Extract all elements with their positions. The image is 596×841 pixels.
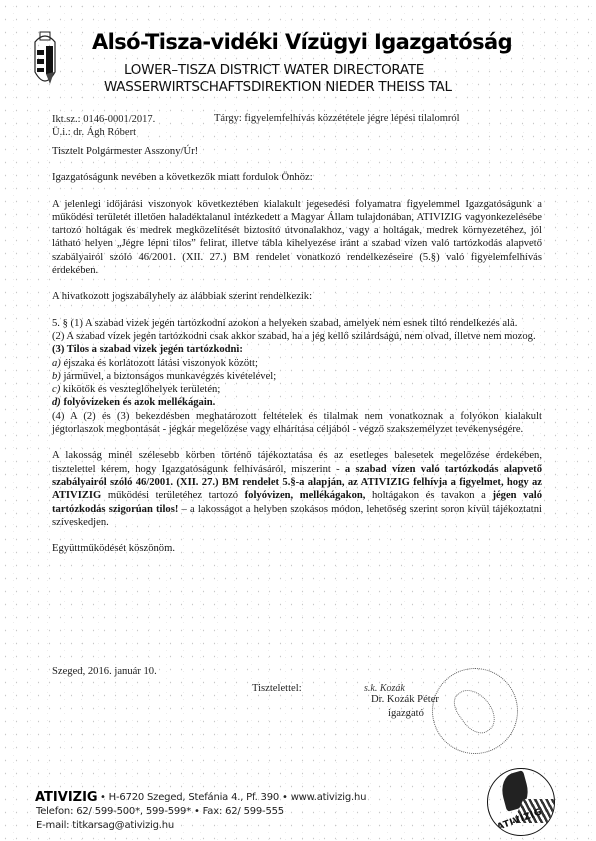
official-stamp-icon	[432, 668, 518, 754]
reference-handler: Ü.i.: dr. Ágh Róbert	[52, 126, 155, 139]
salutation: Tisztelt Polgármester Asszony/Úr!	[52, 145, 542, 158]
law-section-4: (4) A (2) és (3) bekezdésben meghatározo…	[52, 410, 542, 437]
law-item-c: c) kikötők és veszteglőhelyek területén;	[52, 383, 542, 396]
law-item-d: d) folyóvizeken és azok mellékágain.	[52, 396, 542, 409]
signer-name: Dr. Kozák Péter	[371, 694, 439, 705]
letterhead: Alsó-Tisza-vidéki Vízügyi Igazgatóság LO…	[0, 0, 596, 105]
place-date: Szeged, 2016. január 10.	[52, 666, 157, 677]
footer-address: • H-6720 Szeged, Stefánia 4., Pf. 390 • …	[100, 792, 366, 803]
organization-subtitle-english: LOWER–TISZA DISTRICT WATER DIRECTORATE	[124, 62, 424, 78]
paragraph-3: A lakosság minél szélesebb körben történ…	[52, 449, 542, 529]
footer-email: E-mail: titkarsag@ativizig.hu	[36, 820, 174, 831]
subject-line: Tárgy: figyelemfelhívás közzététele jégr…	[214, 113, 460, 124]
law-item-b: b) járművel, a biztonságos munkavégzés k…	[52, 370, 542, 383]
reference-block: Ikt.sz.: 0146-0001/2017. Ü.i.: dr. Ágh R…	[52, 113, 155, 139]
law-item-a: a) éjszaka és korlátozott látási viszony…	[52, 357, 542, 370]
paragraph-1: A jelenlegi időjárási viszonyok következ…	[52, 198, 542, 278]
hungarian-coat-of-arms-icon	[32, 28, 58, 90]
law-section-3-heading: (3) Tilos a szabad vizek jegén tartózkod…	[52, 343, 542, 356]
organization-subtitle-german: WASSERWIRTSCHAFTSDIREKTION NIEDER THEISS…	[104, 79, 452, 95]
footer-organization: ATIVIZIG	[35, 790, 98, 805]
footer-phone: Telefon: 62/ 599-500*, 599-599* • Fax: 6…	[36, 806, 284, 817]
paragraph-2: A hivatkozott jogszabályhely az alábbiak…	[52, 290, 542, 303]
regards: Tisztelettel:	[252, 683, 302, 694]
thanks: Együttműködését köszönöm.	[52, 542, 542, 555]
ativizig-logo-icon: ATIVIZIG	[487, 768, 555, 836]
law-section-2: (2) A szabad vizek jegén tartózkodni csa…	[52, 330, 542, 343]
reference-number: Ikt.sz.: 0146-0001/2017.	[52, 113, 155, 126]
intro: Igazgatóságunk nevében a következők miat…	[52, 171, 542, 184]
law-section-1: 5. § (1) A szabad vizek jegén tartózkodn…	[52, 317, 542, 330]
letter-body: Tisztelt Polgármester Asszony/Úr! Igazga…	[52, 145, 542, 568]
law-excerpt: 5. § (1) A szabad vizek jegén tartózkodn…	[52, 317, 542, 437]
signature: s.k. Kozák	[364, 683, 405, 694]
organization-title: Alsó-Tisza-vidéki Vízügyi Igazgatóság	[92, 30, 512, 54]
signer-title: igazgató	[388, 708, 424, 719]
